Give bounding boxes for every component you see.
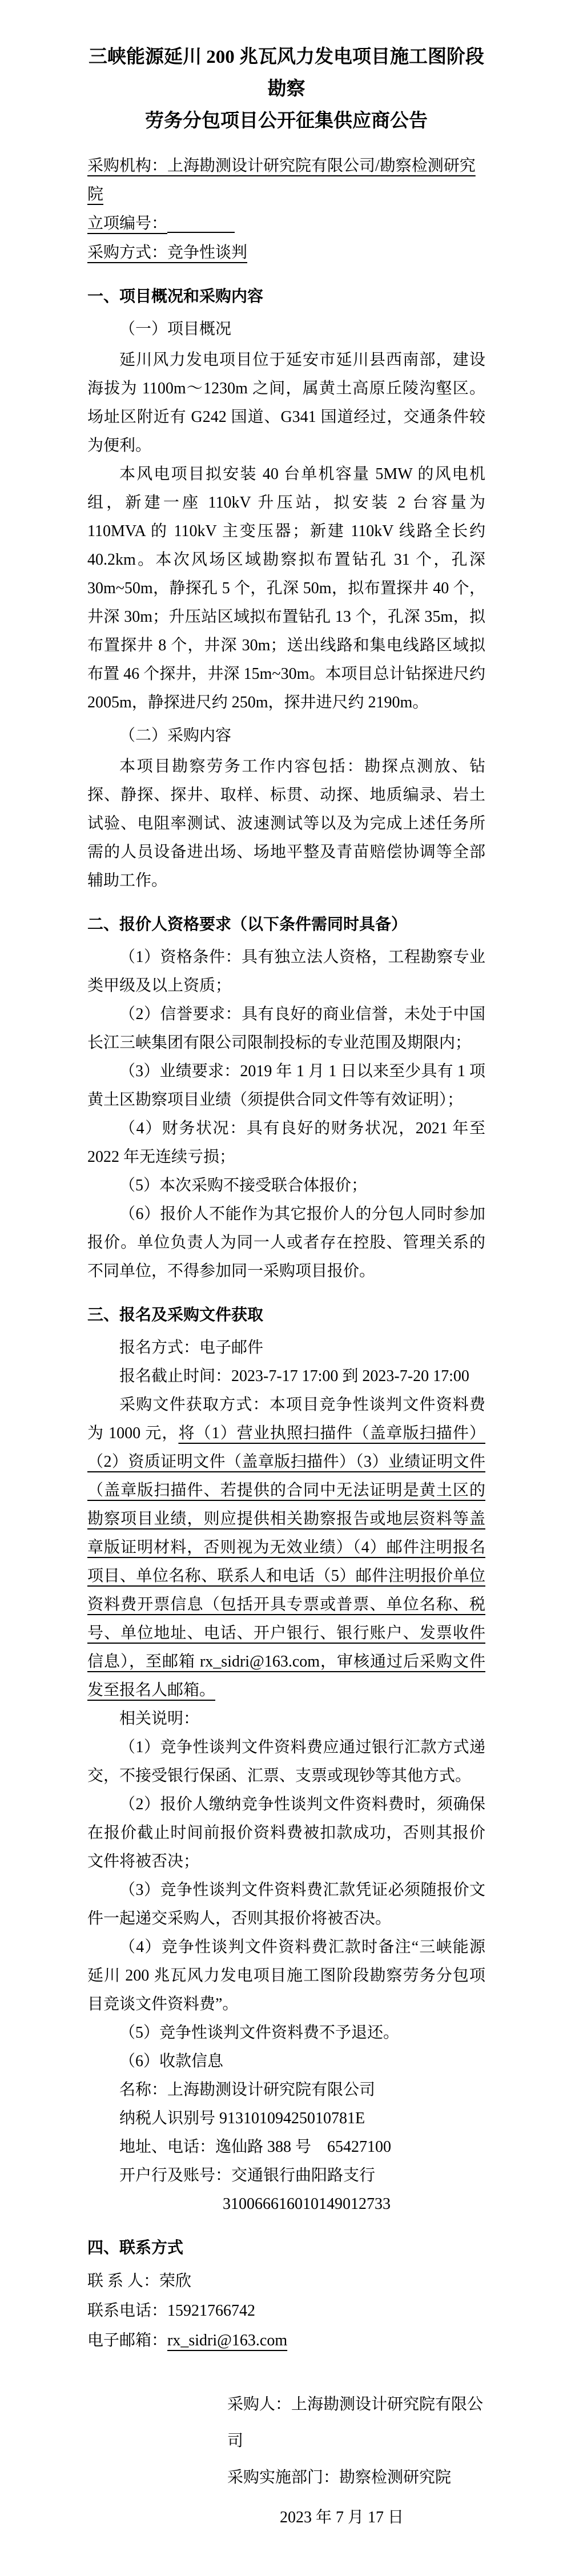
- signature-purchaser: 采购人：上海勘测设计研究院有限公司: [87, 2386, 485, 2460]
- qualification-item-6: （6）报价人不能作为其它报价人的分包人同时参加报价。单位负责人为同一人或者存在控…: [87, 1200, 485, 1286]
- qualification-item-3: （3）业绩要求：2019 年 1 月 1 日以来至少具有 1 项黄土区勘察项目业…: [87, 1057, 485, 1114]
- notes-heading: 相关说明：: [87, 1705, 485, 1733]
- payee-bank: 开户行及账号：交通银行曲阳路支行: [87, 2162, 485, 2190]
- text-run: （3）业绩要求：2019 年 1 月 1 日以来至少具有 1 项黄土区勘察项目业…: [87, 1062, 485, 1109]
- registration-method: 报名方式：电子邮件: [87, 1334, 485, 1362]
- text-run: （6）收款信息: [119, 2052, 223, 2070]
- title-line-1: 三峡能源延川 200 兆瓦风力发电项目施工图阶段勘察: [87, 41, 485, 105]
- announcement-date: 2023 年 7 月 17 日: [87, 2499, 485, 2536]
- text-run: 采购人：上海勘测设计研究院有限公司: [227, 2396, 483, 2450]
- text-run: 开户行及账号：交通银行曲阳路支行: [119, 2167, 375, 2184]
- text-run: 三、报名及采购文件获取: [87, 1306, 263, 1323]
- document-acquisition: 采购文件获取方式：本项目竞争性谈判文件资料费为 1000 元，将（1）营业执照扫…: [87, 1391, 485, 1705]
- note-item-1: （1）竞争性谈判文件资料费应通过银行汇款方式递交，不接受银行保函、汇票、支票或现…: [87, 1733, 485, 1790]
- text-run: 相关说明：: [119, 1710, 199, 1728]
- payee-name: 名称：上海勘测设计研究院有限公司: [87, 2076, 485, 2104]
- text-run: 纳税人识别号 91310109425010781E: [119, 2110, 365, 2127]
- text-run: （3）竞争性谈判文件资料费汇款凭证必须随报价文件一起递交采购人，否则其报价将被否…: [87, 1881, 485, 1927]
- note-item-2: （2）报价人缴纳竞争性谈判文件资料费时，须确保在报价截止时间前报价资料费被扣款成…: [87, 1790, 485, 1876]
- field-project-number: 立项编号：: [87, 210, 485, 238]
- contact-person: 联 系 人：荣欣: [87, 2267, 485, 2296]
- title-line-2: 劳务分包项目公开征集供应商公告: [87, 105, 485, 137]
- text-run: （二）采购内容: [119, 727, 231, 744]
- text-run: 联系电话：15921766742: [87, 2302, 255, 2320]
- subsection-1-1-heading: （一）项目概况: [87, 315, 485, 344]
- payee-address-phone: 地址、电话：逸仙路 388 号 65427100: [87, 2133, 485, 2162]
- text-run: 地址、电话：逸仙路 388 号 65427100: [119, 2138, 391, 2156]
- text-run: 联 系 人：荣欣: [87, 2272, 191, 2290]
- note-item-4: （4）竞争性谈判文件资料费汇款时备注“三峡能源延川 200 兆瓦风力发电项目施工…: [87, 1933, 485, 2019]
- text-run: 310066616010149012733: [223, 2195, 391, 2213]
- text-run: （6）报价人不能作为其它报价人的分包人同时参加报价。单位负责人为同一人或者存在控…: [87, 1205, 485, 1280]
- text-run: （1）资格条件：具有独立法人资格，工程勘察专业类甲级及以上资质；: [87, 948, 485, 995]
- signature-department: 采购实施部门：勘察检测研究院: [87, 2460, 485, 2496]
- text-run: 名称：上海勘测设计研究院有限公司: [119, 2081, 375, 2099]
- text-run: 一、项目概况和采购内容: [87, 287, 263, 305]
- section-2-heading: 二、报价人资格要求（以下条件需同时具备）: [87, 910, 485, 939]
- text-run: 2023 年 7 月 17 日: [280, 2509, 404, 2526]
- note-item-3: （3）竞争性谈判文件资料费汇款凭证必须随报价文件一起递交采购人，否则其报价将被否…: [87, 1876, 485, 1933]
- text-run: 电子邮箱：: [87, 2332, 167, 2349]
- subsection-1-2-heading: （二）采购内容: [87, 722, 485, 750]
- section-3-heading: 三、报名及采购文件获取: [87, 1301, 485, 1329]
- paragraph-procurement-content: 本项目勘察劳务工作内容包括：勘探点测放、钻探、静探、探井、取样、标贯、动探、地质…: [87, 752, 485, 895]
- text-run: （5）本次采购不接受联合体报价；: [119, 1177, 367, 1194]
- document-page: 三峡能源延川 200 兆瓦风力发电项目施工图阶段勘察 劳务分包项目公开征集供应商…: [0, 0, 571, 2576]
- text-run: （2）信誉要求：具有良好的商业信誉，未处于中国长江三峡集团有限公司限制投标的专业…: [87, 1005, 485, 1052]
- text-run: 四、联系方式: [87, 2239, 183, 2256]
- text-run: （5）竞争性谈判文件资料费不予退还。: [119, 2024, 399, 2042]
- payee-tax-id: 纳税人识别号 91310109425010781E: [87, 2104, 485, 2133]
- blank-underline: [167, 212, 235, 233]
- text-run: 二、报价人资格要求（以下条件需同时具备）: [87, 915, 407, 933]
- text-run: （4）竞争性谈判文件资料费汇款时备注“三峡能源延川 200 兆瓦风力发电项目施工…: [87, 1938, 485, 2013]
- qualification-item-4: （4）财务状况：具有良好的财务状况，2021 年至 2022 年无连续亏损；: [87, 1114, 485, 1172]
- text-run: 延川风力发电项目位于延安市延川县西南部，建设海拔为 1100m～1230m 之间…: [87, 351, 485, 454]
- note-item-5: （5）竞争性谈判文件资料费不予退还。: [87, 2019, 485, 2047]
- text-run: 报名方式：电子邮件: [119, 1339, 263, 1357]
- text-run: rx_sidri@163.com: [167, 2332, 287, 2349]
- text-run: 采购机构：上海勘测设计研究院有限公司/勘察检测研究院: [87, 157, 476, 203]
- section-4-heading: 四、联系方式: [87, 2233, 485, 2262]
- section-1-heading: 一、项目概况和采购内容: [87, 282, 485, 311]
- text-run: （2）报价人缴纳竞争性谈判文件资料费时，须确保在报价截止时间前报价资料费被扣款成…: [87, 1796, 485, 1870]
- field-procurement-agency: 采购机构：上海勘测设计研究院有限公司/勘察检测研究院: [87, 152, 485, 209]
- text-run: （1）竞争性谈判文件资料费应通过银行汇款方式递交，不接受银行保函、汇票、支票或现…: [87, 1738, 485, 1785]
- text-run: 将（1）营业执照扫描件（盖章版扫描件）（2）资质证明文件（盖章版扫描件）（3）业…: [87, 1424, 485, 1699]
- text-run: 报名截止时间：2023-7-17 17:00 到 2023-7-20 17:00: [119, 1367, 469, 1385]
- document-title: 三峡能源延川 200 兆瓦风力发电项目施工图阶段勘察 劳务分包项目公开征集供应商…: [87, 41, 485, 137]
- contact-email: 电子邮箱：rx_sidri@163.com: [87, 2326, 485, 2356]
- qualification-item-5: （5）本次采购不接受联合体报价；: [87, 1172, 485, 1200]
- text-run: 立项编号：: [87, 215, 167, 232]
- payee-account-number: 310066616010149012733: [87, 2190, 485, 2219]
- text-run: 本项目勘察劳务工作内容包括：勘探点测放、钻探、静探、探井、取样、标贯、动探、地质…: [87, 758, 485, 889]
- registration-deadline: 报名截止时间：2023-7-17 17:00 到 2023-7-20 17:00: [87, 1362, 485, 1391]
- qualification-item-1: （1）资格条件：具有独立法人资格，工程勘察专业类甲级及以上资质；: [87, 943, 485, 1000]
- text-run: （一）项目概况: [119, 320, 231, 338]
- text-run: 采购方式：竞争性谈判: [87, 244, 247, 261]
- contact-phone: 联系电话：15921766742: [87, 2296, 485, 2326]
- text-run: 采购实施部门：勘察检测研究院: [227, 2469, 451, 2486]
- text-run: 本风电项目拟安装 40 台单机容量 5MW 的风电机组，新建一座 110kV 升…: [87, 465, 485, 711]
- qualification-item-2: （2）信誉要求：具有良好的商业信誉，未处于中国长江三峡集团有限公司限制投标的专业…: [87, 1000, 485, 1057]
- document-body: 采购机构：上海勘测设计研究院有限公司/勘察检测研究院立项编号：采购方式：竞争性谈…: [87, 152, 485, 2536]
- field-procurement-method: 采购方式：竞争性谈判: [87, 239, 485, 267]
- note-item-6: （6）收款信息: [87, 2047, 485, 2076]
- paragraph-project-location: 延川风力发电项目位于延安市延川县西南部，建设海拔为 1100m～1230m 之间…: [87, 346, 485, 460]
- text-run: （4）财务状况：具有良好的财务状况，2021 年至 2022 年无连续亏损；: [87, 1120, 485, 1166]
- paragraph-project-scale: 本风电项目拟安装 40 台单机容量 5MW 的风电机组，新建一座 110kV 升…: [87, 460, 485, 717]
